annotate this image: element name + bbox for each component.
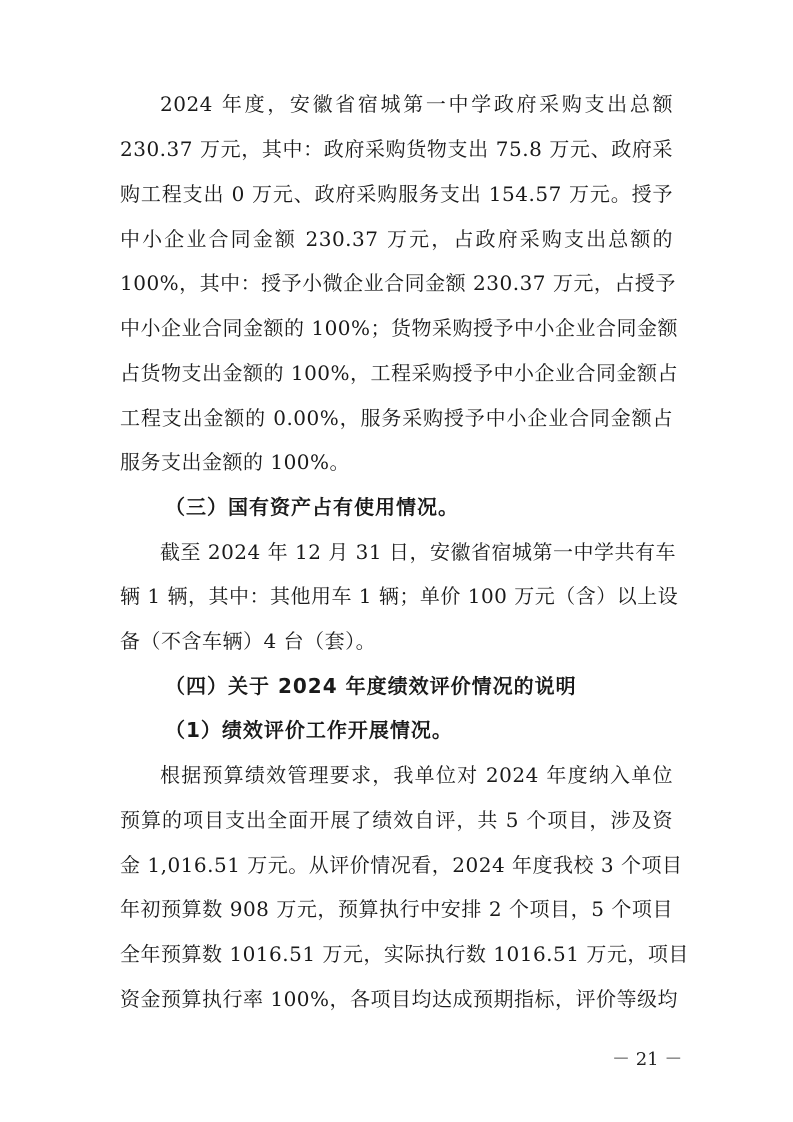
text-line: 备（不含车辆）4 台（套）。 (120, 625, 673, 657)
text-line: 服务支出金额的 100%。 (120, 446, 673, 478)
text-line: 年初预算数 908 万元，预算执行中安排 2 个项目，5 个项目 (120, 893, 673, 925)
text-line: 230.37 万元，其中：政府采购货物支出 75.8 万元、政府采 (120, 133, 673, 165)
page-number: － 21 － (612, 1048, 682, 1072)
text-line: 全年预算数 1016.51 万元，实际执行数 1016.51 万元，项目 (120, 938, 673, 970)
text-line: 辆 1 辆，其中：其他用车 1 辆；单价 100 万元（含）以上设 (120, 580, 673, 612)
text-line: 中小企业合同金额的 100%；货物采购授予中小企业合同金额 (120, 312, 673, 344)
text-line: 中小企业合同金额 230.37 万元，占政府采购支出总额的 (120, 223, 673, 255)
subsection-heading-evaluation: （1）绩效评价工作开展情况。 (165, 714, 453, 746)
text-line: 2024 年度，安徽省宿城第一中学政府采购支出总额 (160, 88, 673, 120)
section-heading-performance: （四）关于 2024 年度绩效评价情况的说明 (165, 670, 577, 702)
section-heading-assets: （三）国有资产占有使用情况。 (165, 491, 459, 523)
text-line: 100%，其中：授予小微企业合同金额 230.37 万元，占授予 (120, 267, 673, 299)
document-page: 2024 年度，安徽省宿城第一中学政府采购支出总额 230.37 万元，其中：政… (0, 0, 793, 1122)
text-line: 根据预算绩效管理要求，我单位对 2024 年度纳入单位 (160, 759, 673, 791)
text-line: 截至 2024 年 12 月 31 日，安徽省宿城第一中学共有车 (160, 536, 673, 568)
text-line: 占货物支出金额的 100%，工程采购授予中小企业合同金额占 (120, 357, 673, 389)
text-line: 工程支出金额的 0.00%，服务采购授予中小企业合同金额占 (120, 402, 673, 434)
text-line: 金 1,016.51 万元。从评价情况看，2024 年度我校 3 个项目 (120, 849, 673, 881)
text-line: 资金预算执行率 100%，各项目均达成预期指标，评价等级均 (120, 983, 673, 1015)
text-line: 购工程支出 0 万元、政府采购服务支出 154.57 万元。授予 (120, 178, 673, 210)
text-line: 预算的项目支出全面开展了绩效自评，共 5 个项目，涉及资 (120, 804, 673, 836)
